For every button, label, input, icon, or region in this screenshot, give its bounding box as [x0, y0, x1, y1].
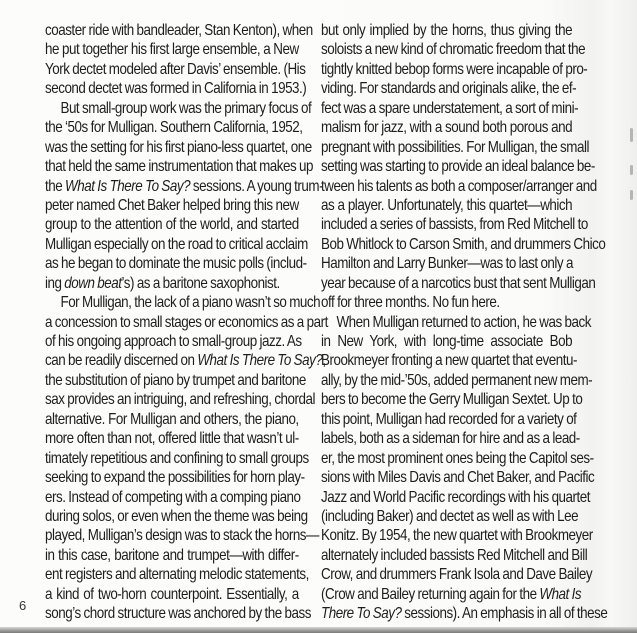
text-line: year because of a narcotics bust that se…: [321, 274, 572, 293]
text-line: But small-group work was the primary foc…: [45, 99, 299, 118]
text-line: played, Mulligan’s design was to stack t…: [45, 526, 299, 545]
text-line: the substitution of piano by trumpet and…: [45, 371, 299, 390]
italic-title: What Is There To Say?: [65, 178, 190, 195]
text-line: that held the same instrumentation that …: [45, 157, 299, 176]
left-text-column: coaster ride with bandleader, Stan Kento…: [45, 21, 299, 624]
text-line: peter named Chet Baker helped bring this…: [45, 196, 299, 215]
text-line: of his ongoing approach to small-group j…: [45, 332, 299, 351]
text-line: ing down beat’s) as a baritone saxophoni…: [45, 274, 299, 293]
text-line: bers to become the Gerry Mulligan Sextet…: [321, 390, 572, 409]
text-line: malism for jazz, with a sound both porou…: [321, 118, 572, 137]
text-line: timately repetitious and confining to sm…: [45, 449, 299, 468]
text-line: Crow, and drummers Frank Isola and Dave …: [321, 565, 572, 584]
text-run: the: [45, 178, 65, 195]
text-line: the What Is There To Say? sessions. A yo…: [45, 177, 299, 196]
text-line: (including Baker) and dectet as well as …: [321, 507, 572, 526]
text-line: Brookmeyer fronting a new quartet that e…: [321, 351, 572, 370]
text-line: Bob Whitlock to Carson Smith, and drumme…: [321, 235, 572, 254]
text-run: ing: [45, 275, 64, 292]
text-line: tightly knitted bebop forms were incapab…: [321, 60, 572, 79]
scan-edge-mark: [630, 190, 633, 200]
italic-title: What Is There To Say?: [197, 352, 322, 369]
text-line: (Crow and Bailey returning again for the…: [321, 585, 572, 604]
text-line: soloists a new kind of chromatic freedom…: [321, 40, 572, 59]
text-line: pregnant with possibilities. For Mulliga…: [321, 138, 572, 157]
text-line: in this case, baritone and trumpet—with …: [45, 546, 299, 565]
text-line: Mulligan especially on the road to criti…: [45, 235, 299, 254]
text-line: York dectet modeled after Davis’ ensembl…: [45, 60, 299, 79]
text-run: ’s) as a baritone saxophonist.: [122, 275, 280, 292]
text-line: song’s chord structure was anchored by t…: [45, 604, 299, 623]
text-line: labels, both as a sideman for hire and a…: [321, 429, 572, 448]
text-line: Hamilton and Larry Bunker—was to last on…: [321, 254, 572, 273]
text-line: alternative. For Mulligan and others, th…: [45, 410, 299, 429]
text-line: ers. Instead of competing with a comping…: [45, 488, 299, 507]
italic-title: down beat: [64, 275, 121, 292]
text-line: seeking to expand the possibilities for …: [45, 468, 299, 487]
text-line: There To Say? sessions). An emphasis in …: [321, 604, 572, 623]
text-line: as he began to dominate the music polls …: [45, 254, 299, 273]
page-number: 6: [19, 598, 26, 613]
text-line: second dectet was formed in California i…: [45, 79, 299, 98]
text-line: a concession to small stages or economic…: [45, 313, 299, 332]
text-line: more often than not, offered little that…: [45, 429, 299, 448]
text-line: the ‘50s for Mulligan. Southern Californ…: [45, 118, 299, 137]
text-line: sions with Miles Davis and Chet Baker, a…: [321, 468, 572, 487]
text-line: coaster ride with bandleader, Stan Kento…: [45, 21, 299, 40]
right-text-column: but only implied by the horns, thus givi…: [321, 21, 572, 624]
text-line: Jazz and World Pacific recordings with h…: [321, 488, 572, 507]
text-line: fect was a spare understatement, a sort …: [321, 99, 572, 118]
text-line: as a player. Unfortunately, this quartet…: [321, 196, 572, 215]
text-run: sessions. A young trum-: [190, 178, 323, 195]
scan-edge-mark: [630, 165, 633, 175]
text-run: (Crow and Bailey returning again for the: [321, 586, 539, 603]
text-line: included a series of bassists, from Red …: [321, 215, 572, 234]
text-line: ally, by the mid-’50s, added permanent n…: [321, 371, 572, 390]
page-bottom-edge: [0, 627, 637, 633]
text-line: group to the attention of the world, and…: [45, 215, 299, 234]
scanned-page: coaster ride with bandleader, Stan Kento…: [0, 0, 637, 633]
text-line: alternately included bassists Red Mitche…: [321, 546, 572, 565]
text-line: Konitz. By 1954, the new quartet with Br…: [321, 526, 572, 545]
text-line: off for three months. No fun here.: [321, 293, 572, 312]
text-line: viding. For standards and originals alik…: [321, 79, 572, 98]
text-line: ent registers and alternating melodic st…: [45, 565, 299, 584]
text-line: a kind of two-horn counterpoint. Essenti…: [45, 585, 299, 604]
text-run: sessions). An emphasis in all of these: [401, 605, 607, 622]
text-line: can be readily discerned on What Is Ther…: [45, 351, 299, 370]
italic-title: There To Say?: [321, 605, 401, 622]
text-line: er, the most prominent ones being the Ca…: [321, 449, 572, 468]
text-line: he put together his first large ensemble…: [45, 40, 299, 59]
text-line: but only implied by the horns, thus givi…: [321, 21, 572, 40]
text-line: in New York, with long-time associate Bo…: [321, 332, 572, 351]
text-line: tween his talents as both a composer/arr…: [321, 177, 572, 196]
italic-title: What Is: [539, 586, 581, 603]
text-line: For Mulligan, the lack of a piano wasn’t…: [45, 293, 299, 312]
text-line: this point, Mulligan had recorded for a …: [321, 410, 572, 429]
text-line: during solos, or even when the theme was…: [45, 507, 299, 526]
text-line: When Mulligan returned to action, he was…: [321, 313, 572, 332]
text-line: sax provides an intriguing, and refreshi…: [45, 390, 299, 409]
text-line: setting was starting to provide an ideal…: [321, 157, 572, 176]
scan-edge-mark: [630, 128, 633, 142]
text-line: was the setting for his first piano-less…: [45, 138, 299, 157]
text-run: can be readily discerned on: [45, 352, 197, 369]
